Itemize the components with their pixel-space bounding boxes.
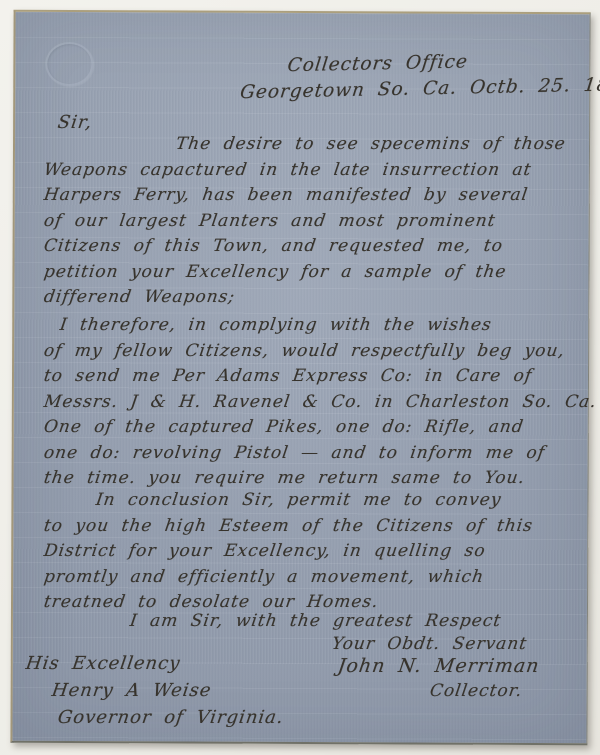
closing-respect-text: I am Sir, with the greatest Respect [128,609,503,635]
letter-line: Citizens of this Town, and requested me,… [42,234,586,260]
letter-line: to send me Per Adams Express Co: in Care… [42,364,586,390]
letter-line: promtly and efficiently a movement, whic… [42,565,586,591]
letter-line: Weapons capactured in the late insurrect… [42,158,586,184]
signature-title-text: Collector. [428,679,524,705]
signature-name: John N. Merriman [336,654,538,680]
recipient-line: Governor of Virginia. [56,704,286,731]
signature-title: Collector. [428,679,520,705]
letter-line: of our largest Planters and most promine… [42,209,586,235]
recipient-line: His Excellency [24,650,286,677]
recipient-line: Henry A Weise [50,677,286,704]
letter-line: In conclusion Sir, permit me to convey [94,488,586,514]
letter-line: One of the captured Pikes, one do: Rifle… [42,415,586,441]
letter-line: Messrs. J & H. Ravenel & Co. in Charlest… [42,390,586,416]
recipient-block: His Excellency Henry A Weise Governor of… [24,650,282,731]
signature-name-text: John N. Merriman [336,654,541,680]
embossed-seal-icon [45,42,93,86]
letter-heading: Collectors Office Georgetown So. Ca. Oct… [238,46,600,105]
letter-line: Harpers Ferry, has been manifested by se… [42,183,586,209]
letter-line: District for your Excellency, in quellin… [42,539,586,565]
letter-line: petition your Excellency for a sample of… [42,260,586,286]
letter-line: of my fellow Citizens, would respectfull… [42,339,586,365]
letter-line: one do: revolving Pistol — and to inform… [42,441,586,467]
letter-line: differend Weapons; [42,285,586,311]
paragraph-2: I therefore, in complying with the wishe… [42,313,582,492]
letter-line: The desire to see specemins of those [174,132,586,158]
paragraph-3: In conclusion Sir, permit me to convey t… [42,488,582,616]
letter-line: I therefore, in complying with the wishe… [58,313,586,339]
closing-respect-line: I am Sir, with the greatest Respect [128,609,499,635]
paragraph-1: The desire to see specemins of those Wea… [42,132,582,311]
scanned-letter: Collectors Office Georgetown So. Ca. Oct… [0,0,600,755]
letter-line: to you the high Esteem of the Citizens o… [42,514,586,540]
